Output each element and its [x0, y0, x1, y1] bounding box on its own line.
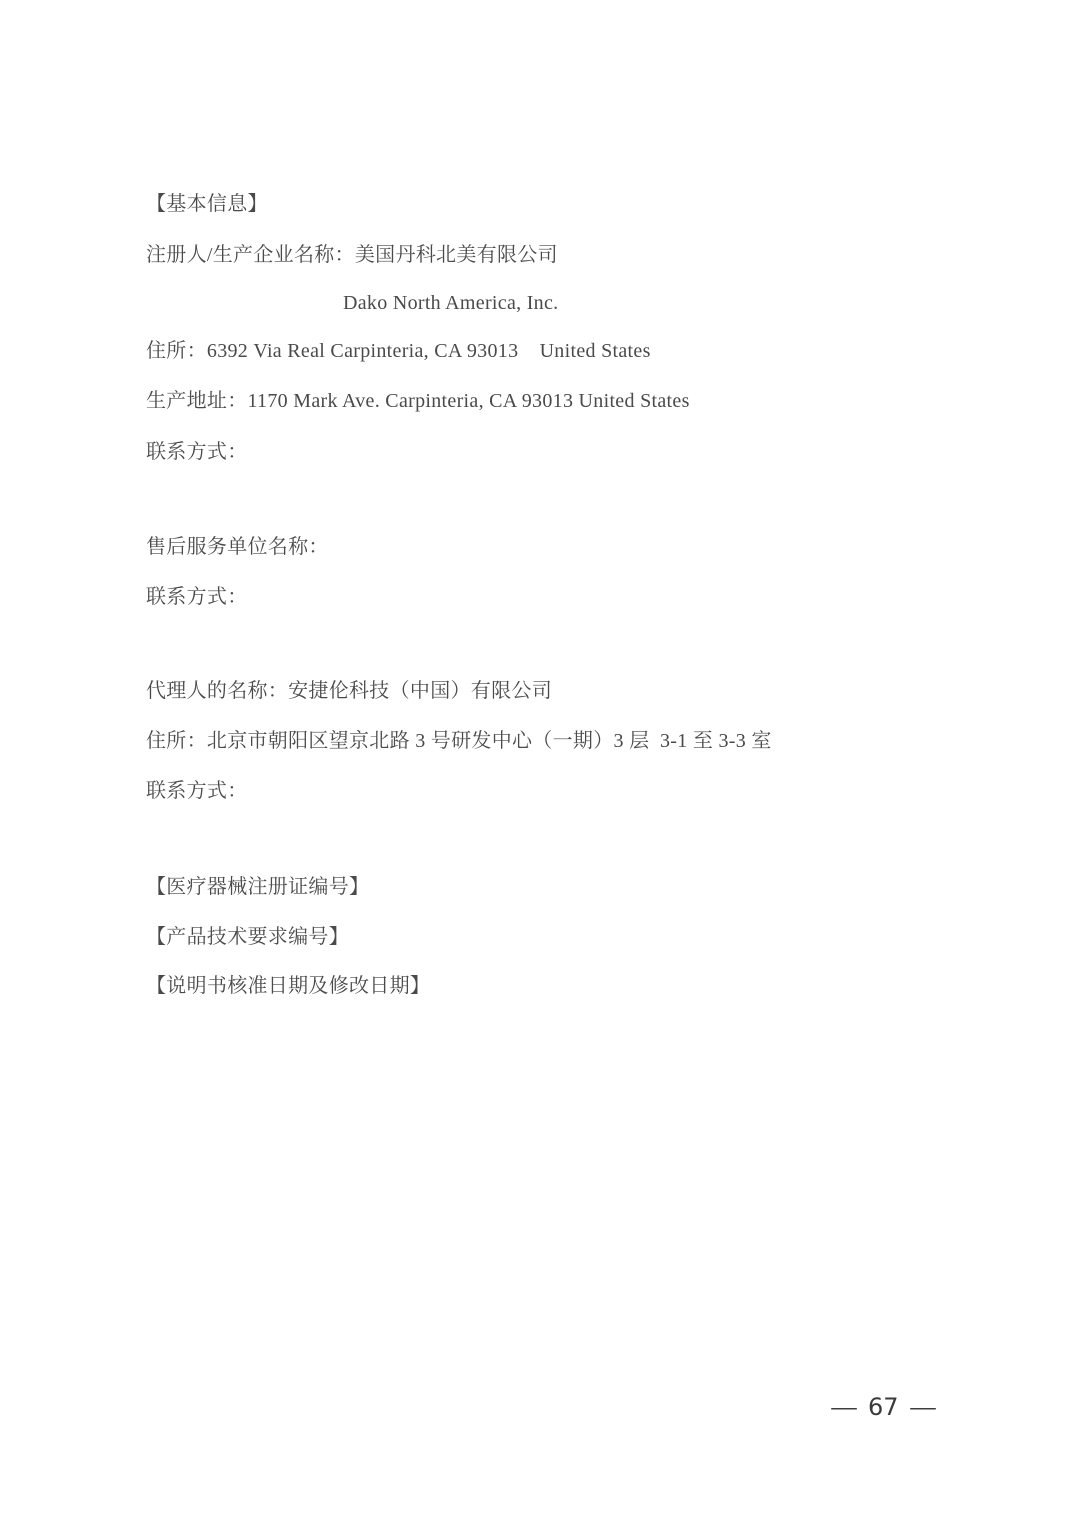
page-number: 67 — [868, 1395, 899, 1419]
section-heading-basic-info: 【基本信息】 — [146, 192, 268, 217]
agent-address-line: 住所：北京市朝阳区望京北路 3 号研发中心（一期）3 层 3-1 至 3-3 室 — [146, 729, 772, 754]
agent-name-line: 代理人的名称：安捷伦科技（中国）有限公司 — [146, 679, 552, 704]
after-sales-service-unit-line: 售后服务单位名称： — [146, 535, 329, 560]
footer-left-dash: — — [831, 1396, 856, 1418]
manufacturer-contact-line: 联系方式： — [146, 440, 248, 465]
registered-address-line: 住所：6392 Via Real Carpinteria, CA 93013 U… — [146, 339, 651, 364]
production-address-line: 生产地址：1170 Mark Ave. Carpinteria, CA 9301… — [146, 389, 690, 414]
heading-manual-approval-date: 【说明书核准日期及修改日期】 — [146, 974, 430, 999]
document-page: 【基本信息】 注册人/生产企业名称：美国丹科北美有限公司 Dako North … — [0, 0, 1080, 1527]
agent-contact-line: 联系方式： — [146, 779, 248, 804]
page-footer: — 67 — — [833, 1395, 934, 1419]
heading-registration-cert-number: 【医疗器械注册证编号】 — [146, 875, 369, 900]
registrant-name-line: 注册人/生产企业名称：美国丹科北美有限公司 — [146, 243, 558, 268]
footer-right-dash: — — [910, 1396, 935, 1418]
after-sales-contact-line: 联系方式： — [146, 585, 248, 610]
registrant-name-english-line: Dako North America, Inc. — [343, 291, 558, 316]
heading-product-tech-requirement-number: 【产品技术要求编号】 — [146, 925, 349, 950]
